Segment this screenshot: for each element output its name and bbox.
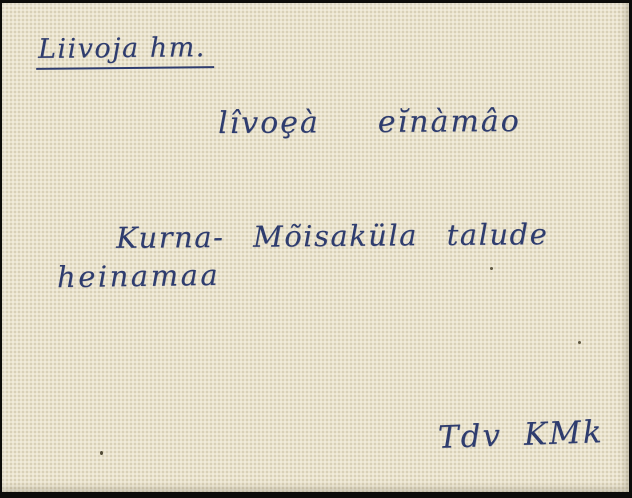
card-title: Liivoja hm. <box>36 32 214 70</box>
phonetic-transcription: lîvoȩà eĭnàmâo <box>218 104 521 141</box>
ink-speck <box>490 267 493 270</box>
phonetic-word-2: eĭnàmâo <box>378 104 521 140</box>
place-name-line: Kurna- Mõisaküla talude <box>116 217 549 255</box>
archive-card: Liivoja hm. lîvoȩà eĭnàmâo Kurna- Mõisak… <box>2 3 629 492</box>
collector-signature: Tdv KMk <box>437 414 604 456</box>
place-name-line-2: heinamaa <box>57 258 221 294</box>
ink-speck <box>100 451 103 455</box>
ink-speck <box>578 341 581 344</box>
scan-background: Liivoja hm. lîvoȩà eĭnàmâo Kurna- Mõisak… <box>0 0 632 498</box>
phonetic-word-1: lîvoȩà <box>218 105 320 141</box>
